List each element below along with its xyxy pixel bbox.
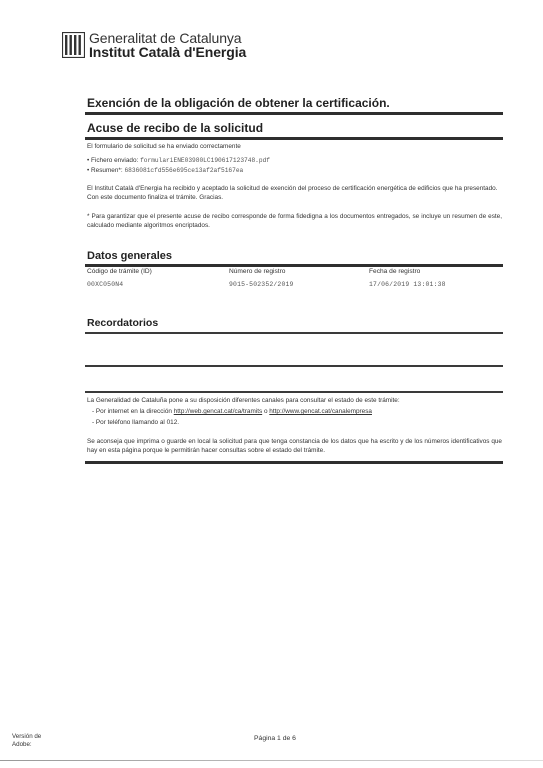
version-label-line1: Versión de [12, 733, 41, 741]
internet-channel: - Por internet en la dirección http://we… [87, 407, 502, 418]
acceptance-paragraph: El Institut Català d'Energia ha recibido… [87, 184, 502, 202]
document-title: Exención de la obligación de obtener la … [87, 96, 390, 110]
field-label: Número de registro [229, 268, 294, 275]
field-value: 00XC050N4 [87, 281, 152, 288]
connector: o [264, 408, 268, 415]
field-procedure-id: Código de trámite (ID) 00XC050N4 [87, 268, 152, 288]
reminders-heading: Recordatorios [87, 317, 158, 329]
page-edge [0, 760, 543, 761]
field-label: Código de trámite (ID) [87, 268, 152, 275]
receipt-heading: Acuse de recibo de la solicitud [87, 121, 263, 135]
divider [85, 391, 503, 393]
divider [85, 264, 503, 267]
file-name: formulariENE03980LC190617123748.pdf [140, 157, 270, 164]
field-registry-number: Número de registro 9015-502352/2019 [229, 268, 294, 288]
version-label-line2: Adobe: [12, 741, 41, 749]
advice-paragraph: Se aconseja que imprima o guarde en loca… [87, 437, 502, 455]
field-value: 9015-502352/2019 [229, 281, 294, 288]
agency-name: Institut Català d'Energia [89, 44, 246, 60]
tramits-link[interactable]: http://web.gencat.cat/ca/tramits [174, 408, 262, 415]
page-number: Página 1 de 6 [254, 735, 296, 742]
field-registry-date: Fecha de registro 17/06/2019 13:01:38 [369, 268, 446, 288]
phone-channel: - Por teléfono llamando al 012. [87, 418, 502, 429]
divider [85, 461, 503, 464]
adobe-version: Versión de Adobe: [12, 733, 41, 749]
list-item-file: • Fichero enviado: formulariENE03980LC19… [87, 156, 270, 165]
summary-hash: 6836081cfd556e695ce13af2af5167ea [124, 167, 243, 174]
general-data-heading: Datos generales [87, 250, 172, 262]
canalempresa-link[interactable]: http://www.gencat.cat/canalempresa [269, 408, 372, 415]
field-value: 17/06/2019 13:01:38 [369, 281, 446, 288]
info-intro: La Generalidad de Cataluña pone a su dis… [87, 396, 502, 407]
bullet: • [87, 167, 89, 174]
divider [85, 365, 503, 367]
generalitat-four-bars-icon [62, 32, 85, 58]
file-label: Fichero enviado: [91, 157, 138, 164]
sent-message: El formulario de solicitud se ha enviado… [87, 142, 241, 151]
divider [85, 332, 503, 334]
internet-prefix: - Por internet en la dirección [92, 408, 172, 415]
info-block: La Generalidad de Cataluña pone a su dis… [87, 396, 502, 429]
bullet: • [87, 157, 89, 164]
divider [85, 112, 503, 115]
summary-label: Resumen*: [91, 167, 123, 174]
divider [85, 137, 503, 140]
list-item-summary: • Resumen*: 6836081cfd556e695ce13af2af51… [87, 166, 243, 175]
field-label: Fecha de registro [369, 268, 446, 275]
footnote-paragraph: * Para garantizar que el presente acuse … [87, 212, 502, 230]
